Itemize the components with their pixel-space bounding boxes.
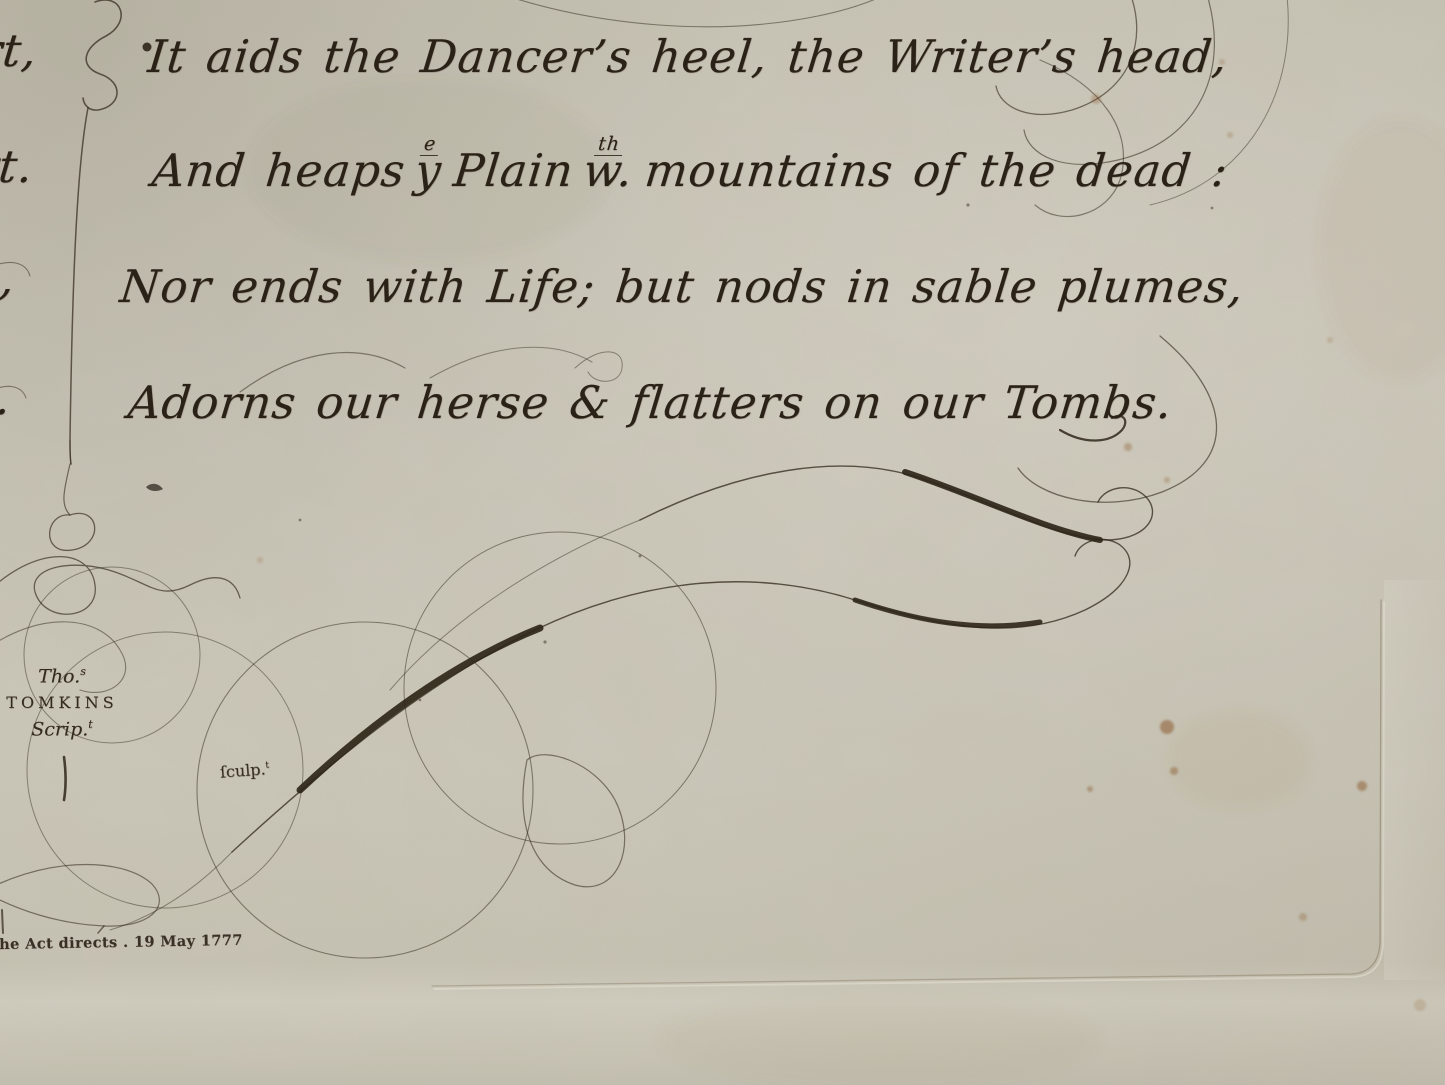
poem-line-4: Adorns our herse & flatters on our Tombs… [126,380,1175,425]
margin-fragment-1: rt, [0,28,40,73]
engraver-mark: ſculp.t [219,759,270,781]
margin-fragment-2: rt. [0,144,36,189]
wth-superscript: th [594,135,624,156]
ye-superscript: e [420,135,440,156]
poem-line-2-middle: Plain [451,144,576,197]
scribe-name-superscript: s [80,665,86,678]
photograph-of-engraving: It aids the Dancer’s heel, the Writer’s … [0,0,1445,1085]
scribe-name: Tho.s [0,666,124,686]
engraver-mark-superscript: t [265,760,269,771]
scribe-signature: Tho.s TOMKINS Scrip.t [0,666,124,740]
poem-line-2-start: And heaps [150,144,409,197]
ye-abbreviation: ey [413,148,444,193]
engraver-mark-abbrev: ſculp. [219,760,266,782]
poem-line-2: And heapseyPlainthw.mountains of the dea… [150,148,1230,193]
poem-line-2-end: mountains of the dead : [642,144,1231,197]
poem-line-3: Nor ends with Life; but nods in sable pl… [118,264,1246,309]
scribe-role-abbrev: Scrip. [31,719,88,741]
wth-abbreviation: thw. [581,148,635,193]
scribe-role: Scrip.t [0,719,124,739]
scribe-surname: TOMKINS [0,695,124,711]
scribe-role-superscript: t [88,718,92,731]
scribe-name-abbrev: Tho. [38,665,80,687]
poem-line-1: It aids the Dancer’s heel, the Writer’s … [146,34,1230,79]
